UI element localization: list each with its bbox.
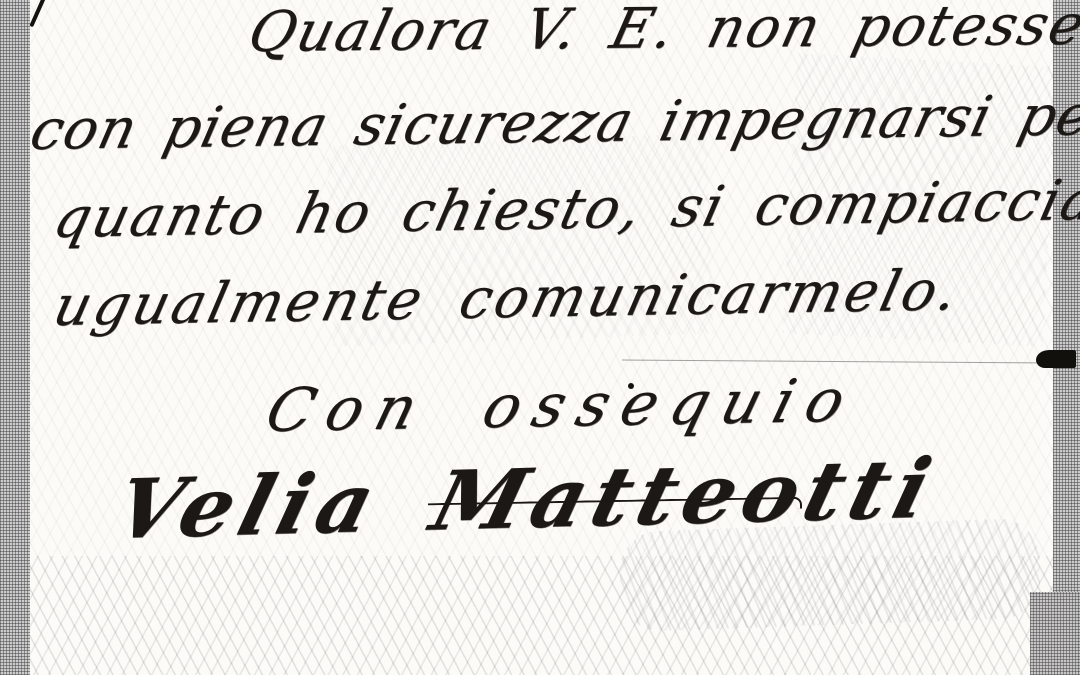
- letter-line-3: quanto ho chiesto, si compiaccia: [47, 168, 1080, 251]
- letter-closing: Con ossequio: [259, 366, 866, 446]
- letter-line-1: Qualora V. E. non potesse: [242, 0, 1080, 65]
- ink-blob: [1036, 350, 1076, 368]
- letter-line-4: ugualmente comunicarmelo.: [47, 258, 966, 339]
- letter-line-2: con piena sicurezza impegnarsi per: [24, 83, 1080, 163]
- scan-edge-bottom-right-corner: [1030, 592, 1080, 675]
- fold-line: [622, 359, 1054, 363]
- scan-edge-left: [0, 0, 30, 675]
- paper-texture-patch-bottom: [0, 556, 1080, 675]
- stray-pen-stroke: [29, 0, 46, 27]
- signature: Velia Matteotti: [105, 441, 946, 558]
- scanned-letter-page: Qualora V. E. non potesse con piena sicu…: [0, 0, 1080, 675]
